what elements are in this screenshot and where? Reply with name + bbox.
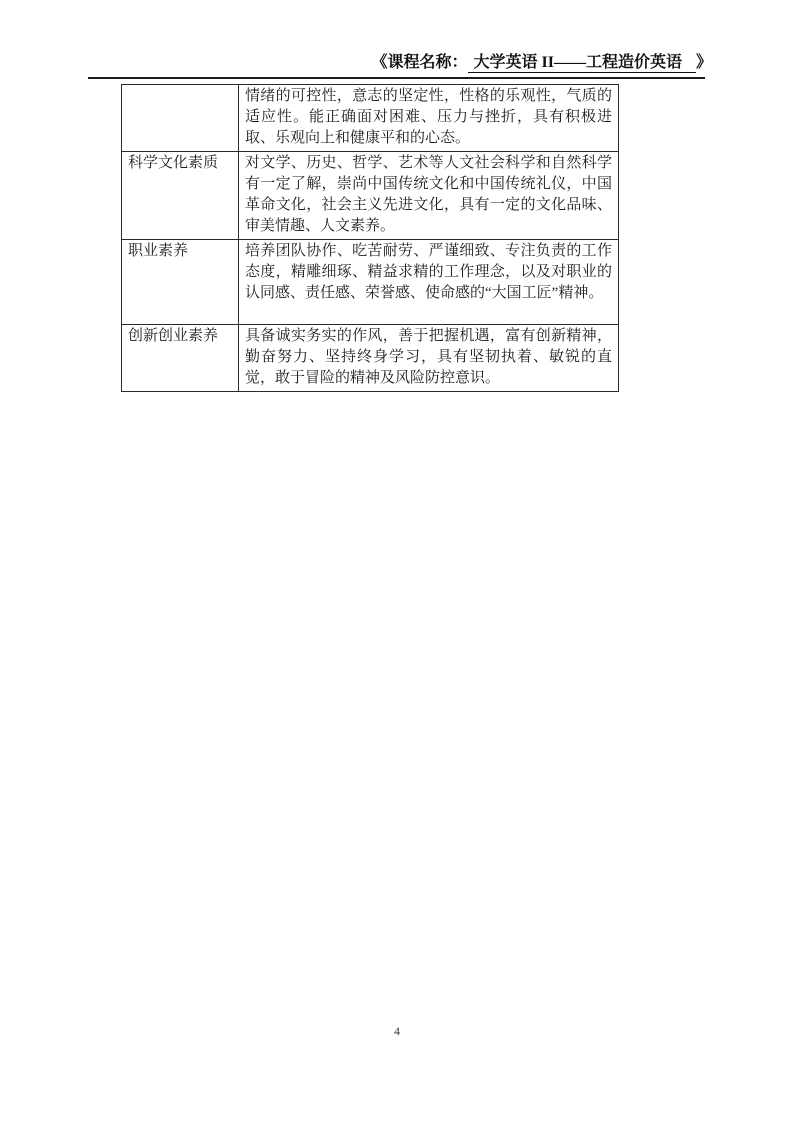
document-page: 《课程名称：大学英语 II——工程造价英语》 情绪的可控性，意志的坚定性，性格的…	[0, 0, 794, 1123]
row-label-cell: 创新创业素养	[122, 325, 239, 392]
table-row: 职业素养 培养团队协作、吃苦耐劳、严谨细致、专注负责的工作态度，精雕细琢、精益求…	[122, 240, 619, 325]
header-divider-rule	[88, 77, 705, 79]
table-row: 情绪的可控性，意志的坚定性，性格的乐观性，气质的适应性。能正确面对困难、压力与挫…	[122, 85, 619, 152]
page-number: 4	[0, 1024, 794, 1039]
row-content-cell: 对文学、历史、哲学、艺术等人文社会科学和自然科学有一定了解，崇尚中国传统文化和中…	[239, 152, 619, 240]
table-row: 创新创业素养 具备诚实务实的作风，善于把握机遇，富有创新精神，勤奋努力、坚持终身…	[122, 325, 619, 392]
row-content-cell: 具备诚实务实的作风，善于把握机遇，富有创新精神，勤奋努力、坚持终身学习，具有坚韧…	[239, 325, 619, 392]
competency-table: 情绪的可控性，意志的坚定性，性格的乐观性，气质的适应性。能正确面对困难、压力与挫…	[121, 84, 619, 392]
row-label-cell: 职业素养	[122, 240, 239, 325]
row-label-cell: 科学文化素质	[122, 152, 239, 240]
course-label-suffix: 》	[696, 54, 712, 71]
row-label-cell	[122, 85, 239, 152]
row-content-cell: 情绪的可控性，意志的坚定性，性格的乐观性，气质的适应性。能正确面对困难、压力与挫…	[239, 85, 619, 152]
course-label-prefix: 《课程名称：	[372, 54, 468, 71]
row-content-cell: 培养团队协作、吃苦耐劳、严谨细致、专注负责的工作态度，精雕细琢、精益求精的工作理…	[239, 240, 619, 325]
course-name-underlined: 大学英语 II——工程造价英语	[468, 54, 696, 73]
table-row: 科学文化素质 对文学、历史、哲学、艺术等人文社会科学和自然科学有一定了解，崇尚中…	[122, 152, 619, 240]
page-title: 《课程名称：大学英语 II——工程造价英语》	[372, 52, 713, 74]
